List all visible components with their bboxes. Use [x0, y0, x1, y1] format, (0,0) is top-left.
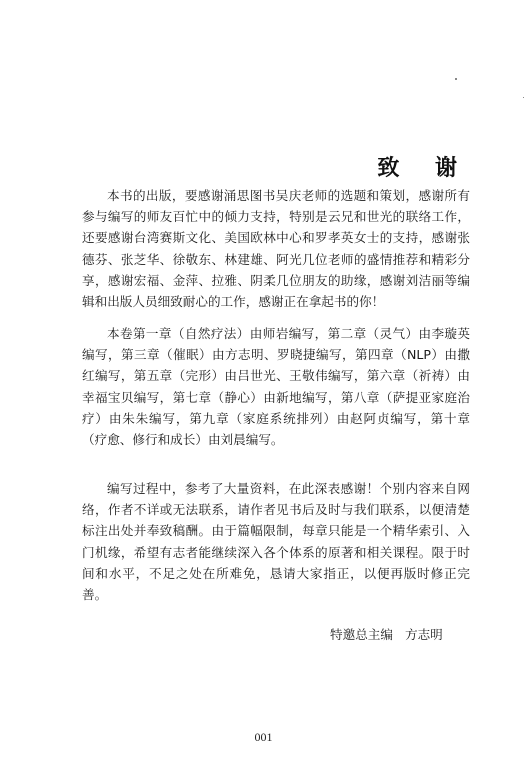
paragraph-text: 编写过程中，参考了大量资料，在此深表感谢！个别内容来自网络，作者不详或无法联系，… — [82, 478, 470, 605]
page-number: 001 — [0, 730, 527, 745]
signature-role: 特邀总主编 — [330, 627, 393, 642]
chapter-authors-paragraph: 本卷第一章（自然疗法）由师岩编写，第二章（灵气）由李璇英编写，第三章（催眠）由方… — [82, 323, 470, 450]
scan-speck — [523, 97, 524, 98]
page-title: 致 谢 — [377, 151, 471, 182]
paragraph-text: 本书的出版，要感谢涌思图书吴庆老师的选题和策划，感谢所有参与编写的师友百忙中的倾… — [82, 185, 470, 312]
signature-name: 方志明 — [405, 627, 443, 642]
paragraph-text: 本卷第一章（自然疗法）由师岩编写，第二章（灵气）由李璇英编写，第三章（催眠）由方… — [82, 323, 470, 450]
acknowledgment-paragraph-1: 本书的出版，要感谢涌思图书吴庆老师的选题和策划，感谢所有参与编写的师友百忙中的倾… — [82, 185, 470, 312]
scan-speck — [455, 78, 457, 80]
document-page: 致 谢 本书的出版，要感谢涌思图书吴庆老师的选题和策划，感谢所有参与编写的师友百… — [0, 0, 527, 779]
signature: 特邀总主编 方志明 — [330, 624, 443, 643]
references-paragraph: 编写过程中，参考了大量资料，在此深表感谢！个别内容来自网络，作者不详或无法联系，… — [82, 478, 470, 605]
